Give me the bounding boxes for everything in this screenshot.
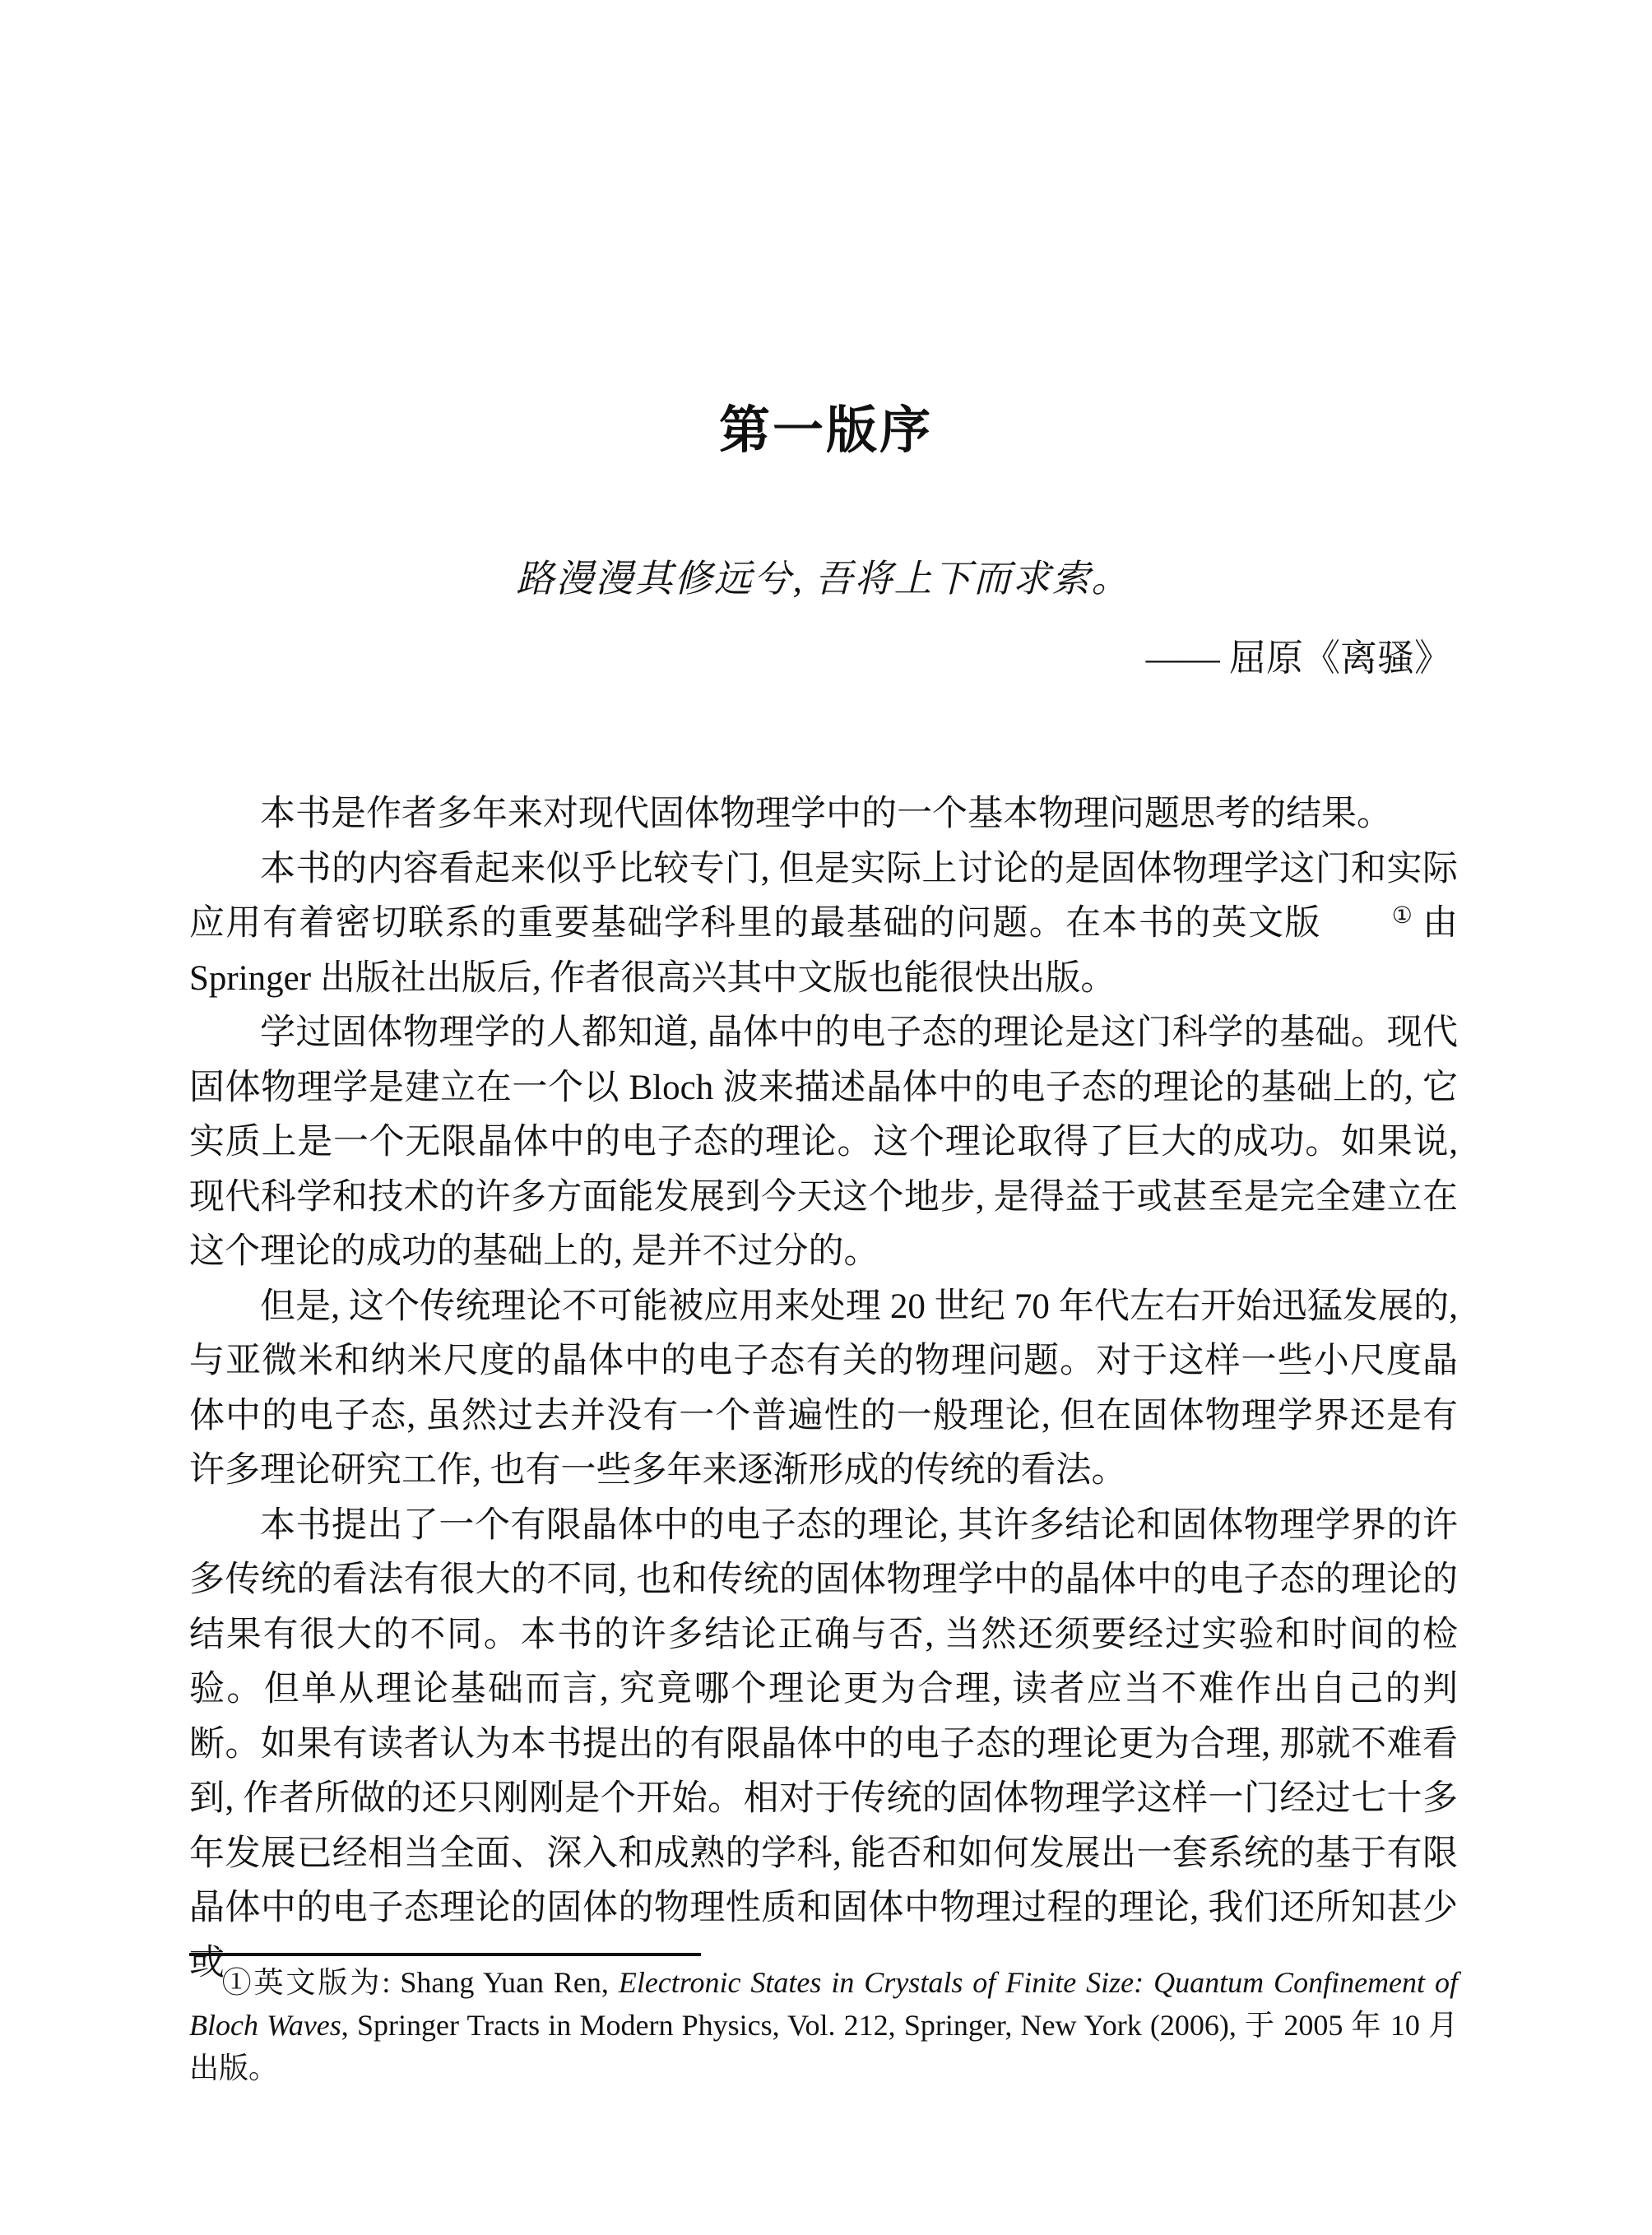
paragraph-1-text: 本书是作者多年来对现代固体物理学中的一个基本物理问题思考的结果。 (260, 795, 1392, 833)
paragraph-5-text: 本书提出了一个有限晶体中的电子态的理论, 其许多结论和固体物理学界的许多传统的看… (189, 1506, 1458, 1982)
epigraph-attribution: —— 屈原《离骚》 (189, 635, 1458, 681)
page-title: 第一版序 (0, 401, 1652, 461)
footnote: ①英文版为: Shang Yuan Ren, Electronic States… (189, 1961, 1458, 2089)
paragraph-4-text: 但是, 这个传统理论不可能被应用来处理 20 世纪 70 年代左右开始迅猛发展的… (189, 1287, 1458, 1491)
footnote-text-before-title: 英文版为: Shang Yuan Ren, (254, 1966, 619, 1999)
footnote-marker: ① (222, 1966, 254, 1999)
paragraph-3-text: 学过固体物理学的人都知道, 晶体中的电子态的理论是这门科学的基础。现代固体物理学… (189, 1013, 1458, 1271)
footnote-text-after-title: , Springer Tracts in Modern Physics, Vol… (189, 2009, 1458, 2084)
paragraph-3: 学过固体物理学的人都知道, 晶体中的电子态的理论是这门科学的基础。现代固体物理学… (189, 1006, 1458, 1280)
epigraph-quote: 路漫漫其修远兮, 吾将上下而求索。 (189, 556, 1458, 602)
paragraph-4: 但是, 这个传统理论不可能被应用来处理 20 世纪 70 年代左右开始迅猛发展的… (189, 1280, 1458, 1499)
paragraph-2: 本书的内容看起来似乎比较专门, 但是实际上讨论的是固体物理学这门和实际应用有着密… (189, 842, 1458, 1007)
footnote-paragraph: ①英文版为: Shang Yuan Ren, Electronic States… (189, 1961, 1458, 2089)
paragraph-5: 本书提出了一个有限晶体中的电子态的理论, 其许多结论和固体物理学界的许多传统的看… (189, 1499, 1458, 1992)
body-text: 本书是作者多年来对现代固体物理学中的一个基本物理问题思考的结果。 本书的内容看起… (189, 787, 1458, 1991)
footnote-divider (189, 1953, 701, 1956)
paragraph-1: 本书是作者多年来对现代固体物理学中的一个基本物理问题思考的结果。 (189, 787, 1458, 842)
paragraph-2-text-before-note: 本书的内容看起来似乎比较专门, 但是实际上讨论的是固体物理学这门和实际应用有着密… (189, 850, 1458, 944)
book-page: 第一版序 路漫漫其修远兮, 吾将上下而求索。 —— 屈原《离骚》 本书是作者多年… (0, 0, 1652, 2235)
